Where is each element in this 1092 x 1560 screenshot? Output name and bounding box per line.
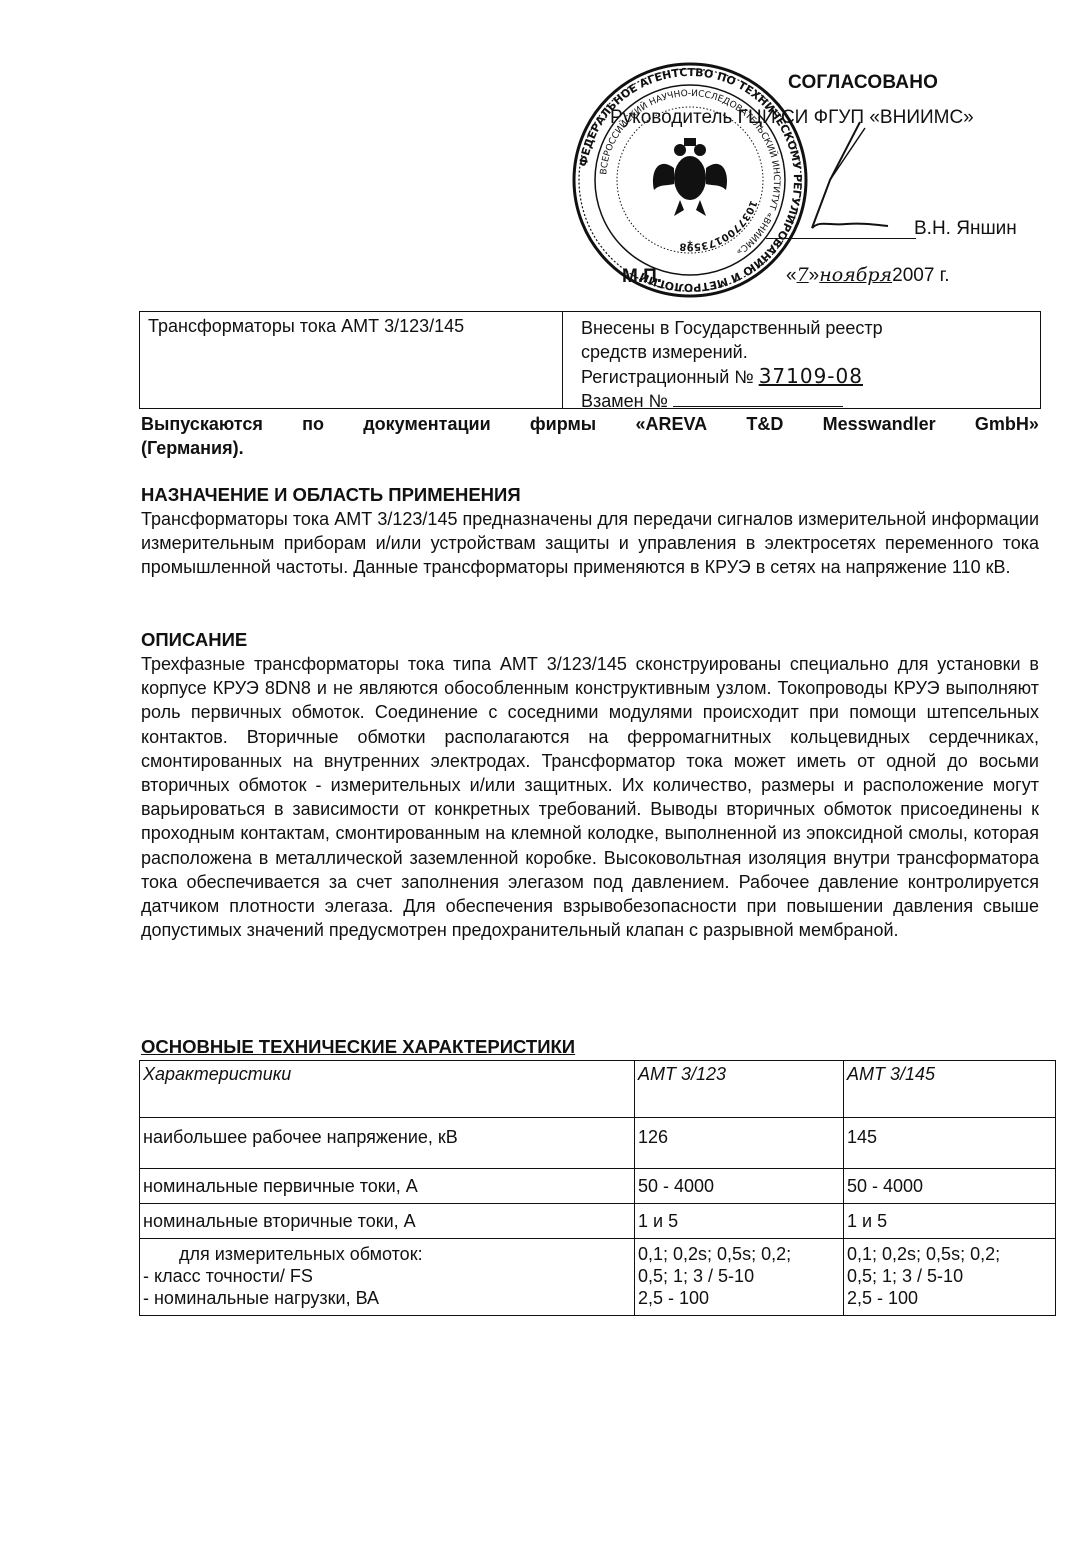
specs-heading: ОСНОВНЫЕ ТЕХНИЧЕСКИЕ ХАРАКТЕРИСТИКИ bbox=[141, 1036, 575, 1058]
table-row: наибольшее рабочее напряжение, кВ 126 14… bbox=[140, 1118, 1056, 1169]
column-header: Характеристики bbox=[140, 1061, 635, 1118]
approval-block: ФЕДЕРАЛЬНОЕ АГЕНТСТВО ПО ТЕХНИЧЕСКОМУ РЕ… bbox=[570, 60, 1050, 300]
registry-header-table: Трансформаторы тока АМТ 3/123/145 Внесен… bbox=[139, 311, 1041, 409]
registry-info: Внесены в Государственный реестр средств… bbox=[563, 312, 1040, 408]
official-seal-icon: ФЕДЕРАЛЬНОЕ АГЕНТСТВО ПО ТЕХНИЧЕСКОМУ РЕ… bbox=[570, 60, 810, 300]
description-text: Трехфазные трансформаторы тока типа АМТ … bbox=[141, 652, 1039, 942]
table-row: номинальные вторичные токи, А 1 и 5 1 и … bbox=[140, 1204, 1056, 1239]
approval-date: «7»ноября2007 г. bbox=[786, 264, 950, 287]
svg-text:*: * bbox=[687, 237, 693, 253]
product-name: Трансформаторы тока АМТ 3/123/145 bbox=[140, 312, 563, 408]
purpose-heading: НАЗНАЧЕНИЕ И ОБЛАСТЬ ПРИМЕНЕНИЯ bbox=[141, 483, 1039, 507]
table-header-row: Характеристики АМТ 3/123 АМТ 3/145 bbox=[140, 1061, 1056, 1118]
document-page: ФЕДЕРАЛЬНОЕ АГЕНТСТВО ПО ТЕХНИЧЕСКОМУ РЕ… bbox=[0, 0, 1092, 1560]
table-row: для измерительных обмоток: - класс точно… bbox=[140, 1239, 1056, 1316]
registration-number-line: Регистрационный № 37109-08 bbox=[581, 364, 1022, 389]
stamp-label: М.П. bbox=[622, 266, 662, 288]
description-heading: ОПИСАНИЕ bbox=[141, 628, 1039, 652]
purpose-section: НАЗНАЧЕНИЕ И ОБЛАСТЬ ПРИМЕНЕНИЯ Трансфор… bbox=[141, 483, 1039, 580]
date-month: ноября bbox=[819, 264, 892, 286]
signature-icon bbox=[790, 120, 910, 240]
column-header: АМТ 3/145 bbox=[844, 1061, 1056, 1118]
date-day: 7 bbox=[797, 264, 809, 286]
manufacturer-statement: Выпускаются по документации фирмы «AREVA… bbox=[141, 412, 1039, 460]
purpose-text: Трансформаторы тока АМТ 3/123/145 предна… bbox=[141, 507, 1039, 580]
specs-table: Характеристики АМТ 3/123 АМТ 3/145 наибо… bbox=[139, 1060, 1056, 1316]
approval-title: СОГЛАСОВАНО bbox=[788, 72, 938, 94]
date-year: 2007 г. bbox=[892, 265, 949, 286]
manufacturer-line: Выпускаются по документации фирмы «AREVA… bbox=[141, 412, 1039, 436]
replaces-blank bbox=[673, 406, 843, 407]
replaces-line: Взамен № bbox=[581, 389, 1022, 413]
description-section: ОПИСАНИЕ Трехфазные трансформаторы тока … bbox=[141, 628, 1039, 942]
registration-number: 37109-08 bbox=[759, 364, 863, 388]
signature-line bbox=[766, 238, 916, 239]
table-row: номинальные первичные токи, А 50 - 4000 … bbox=[140, 1169, 1056, 1204]
signatory-name: В.Н. Яншин bbox=[914, 218, 1017, 240]
column-header: АМТ 3/123 bbox=[635, 1061, 844, 1118]
